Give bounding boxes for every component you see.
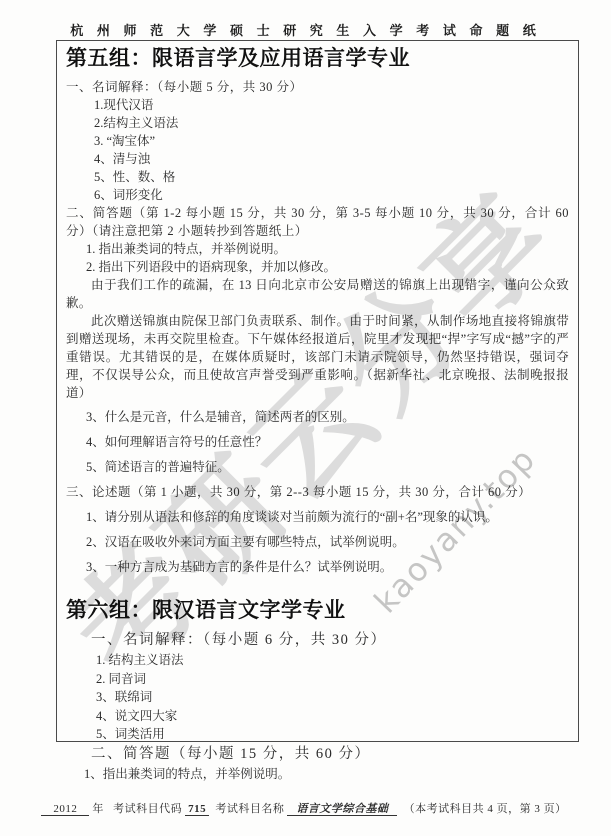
question-item: 1. 指出兼类词的特点，并举例说明。 [86, 240, 569, 258]
footer-year-value: 2012 [41, 803, 89, 816]
group6-section2-heading: 二、简答题（每小题 15 分，共 60 分） [91, 744, 569, 765]
list-item: 1. 结构主义语法 [96, 651, 569, 670]
footer-name-label: 考试科目名称 [215, 803, 284, 815]
list-item: 6、词形变化 [94, 186, 569, 204]
group6-title: 第六组：限汉语言文字学专业 [66, 597, 569, 624]
list-item: 4、清与浊 [94, 150, 569, 168]
list-item: 1.现代汉语 [94, 96, 569, 114]
group5-section1-heading: 一、名词解释：（每小题 5 分，共 30 分） [66, 78, 569, 96]
exam-sheet-header: 杭 州 师 范 大 学 硕 士 研 究 生 入 学 考 试 命 题 纸 [0, 20, 611, 39]
question-item: 1、请分别从语法和修辞的角度谈谈对当前颇为流行的“副+名”现象的认识。 [86, 508, 569, 527]
exam-content-box: 第五组：限语言学及应用语言学专业 一、名词解释：（每小题 5 分，共 30 分）… [56, 40, 579, 742]
list-item: 3、联绵词 [96, 688, 569, 707]
footer-code-value: 715 [185, 803, 209, 816]
group5-title: 第五组：限语言学及应用语言学专业 [66, 45, 569, 72]
question-item: 5、简述语言的普遍特征。 [86, 458, 569, 477]
list-item: 4、说文四大家 [96, 707, 569, 726]
question-item: 1、指出兼类词的特点，并举例说明。 [84, 765, 569, 784]
footer-year-label: 年 [92, 803, 104, 815]
group6-section1-heading: 一、名词解释：（每小题 6 分，共 30 分） [91, 630, 569, 651]
footer-code-label: 考试科目代码 [113, 803, 182, 815]
list-item: 3. “淘宝体” [94, 132, 569, 150]
question-item: 2、汉语在吸收外来词方面主要有哪些特点，试举例说明。 [86, 533, 569, 552]
question-item: 2. 指出下列语段中的语病现象，并加以修改。 [86, 258, 569, 276]
question-item: 3、一种方言成为基础方言的条件是什么？试举例说明。 [86, 558, 569, 577]
question-item: 3、什么是元音，什么是辅音，简述两者的区别。 [86, 408, 569, 427]
list-item: 5、性、数、格 [94, 168, 569, 186]
list-item: 5、词类活用 [96, 725, 569, 744]
passage-paragraph: 由于我们工作的疏漏，在 13 日向北京市公安局赠送的锦旗上出现错字，谨向公众致歉… [66, 276, 569, 312]
list-item: 2. 同音词 [96, 670, 569, 689]
group5-section2-heading: 二、简答题（第 1-2 每小题 15 分，共 30 分，第 3-5 每小题 10… [66, 204, 569, 240]
list-item: 2.结构主义语法 [94, 114, 569, 132]
footer-name-value: 语言文学综合基础 [287, 803, 397, 816]
page-footer: 2012年 考试科目代码715 考试科目名称语言文学综合基础 （本考试科目共 4… [0, 800, 611, 816]
group5-section3-heading: 三、论述题（第 1 小题，共 30 分，第 2--3 每小题 15 分，共 30… [66, 483, 569, 502]
passage-paragraph: 此次赠送锦旗由院保卫部门负责联系、制作。由于时间紧，从制作场地直接将锦旗带到赠送… [66, 312, 569, 402]
footer-pages-note: （本考试科目共 4 页，第 3 页） [404, 803, 567, 815]
question-item: 4、如何理解语言符号的任意性？ [86, 433, 569, 452]
